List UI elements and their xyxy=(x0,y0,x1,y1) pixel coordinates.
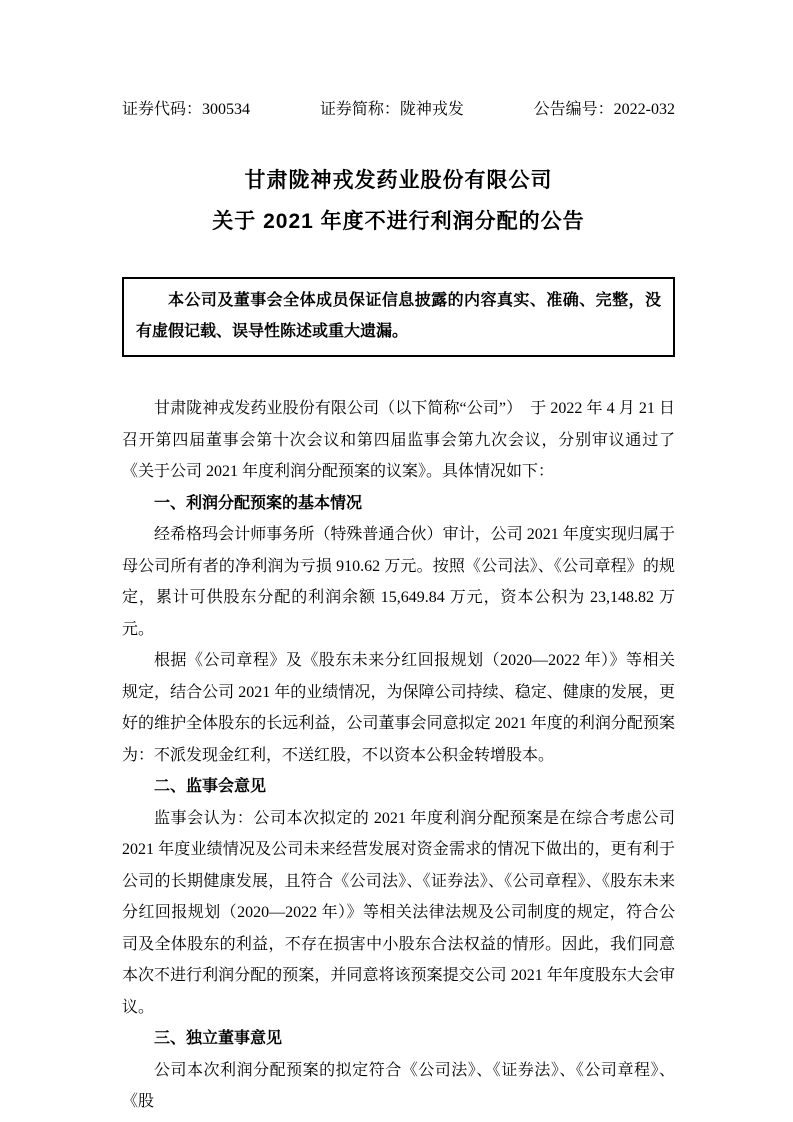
section-3-paragraph-1: 公司本次利润分配预案的拟定符合《公司法》、《证券法》、《公司章程》、《股 xyxy=(122,1055,675,1118)
document-body: 甘肃陇神戎发药业股份有限公司（以下简称“公司”） 于 2022 年 4 月 21… xyxy=(122,393,675,1118)
section-heading-1: 一、利润分配预案的基本情况 xyxy=(122,488,675,520)
section-1-paragraph-1: 经希格玛会计师事务所（特殊普通合伙）审计，公司 2021 年度实现归属于母公司所… xyxy=(122,519,675,645)
disclaimer-text: 本公司及董事会全体成员保证信息披露的内容真实、准确、完整，没有虚假记载、误导性陈… xyxy=(136,285,661,347)
disclaimer-box: 本公司及董事会全体成员保证信息披露的内容真实、准确、完整，没有虚假记载、误导性陈… xyxy=(122,277,675,357)
section-1-paragraph-2: 根据《公司章程》及《股东未来分红回报规划（2020—2022 年）》等相关规定，… xyxy=(122,645,675,771)
section-2-paragraph-1: 监事会认为：公司本次拟定的 2021 年度利润分配预案是在综合考虑公司 2021… xyxy=(122,803,675,1024)
company-name-title: 甘肃陇神戎发药业股份有限公司 xyxy=(122,160,675,201)
document-header: 证券代码：300534 证券简称：陇神戎发 公告编号：2022-032 xyxy=(122,98,675,122)
stock-abbreviation: 证券简称：陇神戎发 xyxy=(320,98,464,122)
stock-code: 证券代码：300534 xyxy=(122,98,250,122)
announcement-title: 关于 2021 年度不进行利润分配的公告 xyxy=(122,201,675,242)
section-heading-3: 三、独立董事意见 xyxy=(122,1023,675,1055)
intro-paragraph: 甘肃陇神戎发药业股份有限公司（以下简称“公司”） 于 2022 年 4 月 21… xyxy=(122,393,675,488)
section-heading-2: 二、监事会意见 xyxy=(122,771,675,803)
title-block: 甘肃陇神戎发药业股份有限公司 关于 2021 年度不进行利润分配的公告 xyxy=(122,160,675,242)
document-page: 证券代码：300534 证券简称：陇神戎发 公告编号：2022-032 甘肃陇神… xyxy=(0,0,793,1122)
announcement-number: 公告编号：2022-032 xyxy=(534,98,675,122)
